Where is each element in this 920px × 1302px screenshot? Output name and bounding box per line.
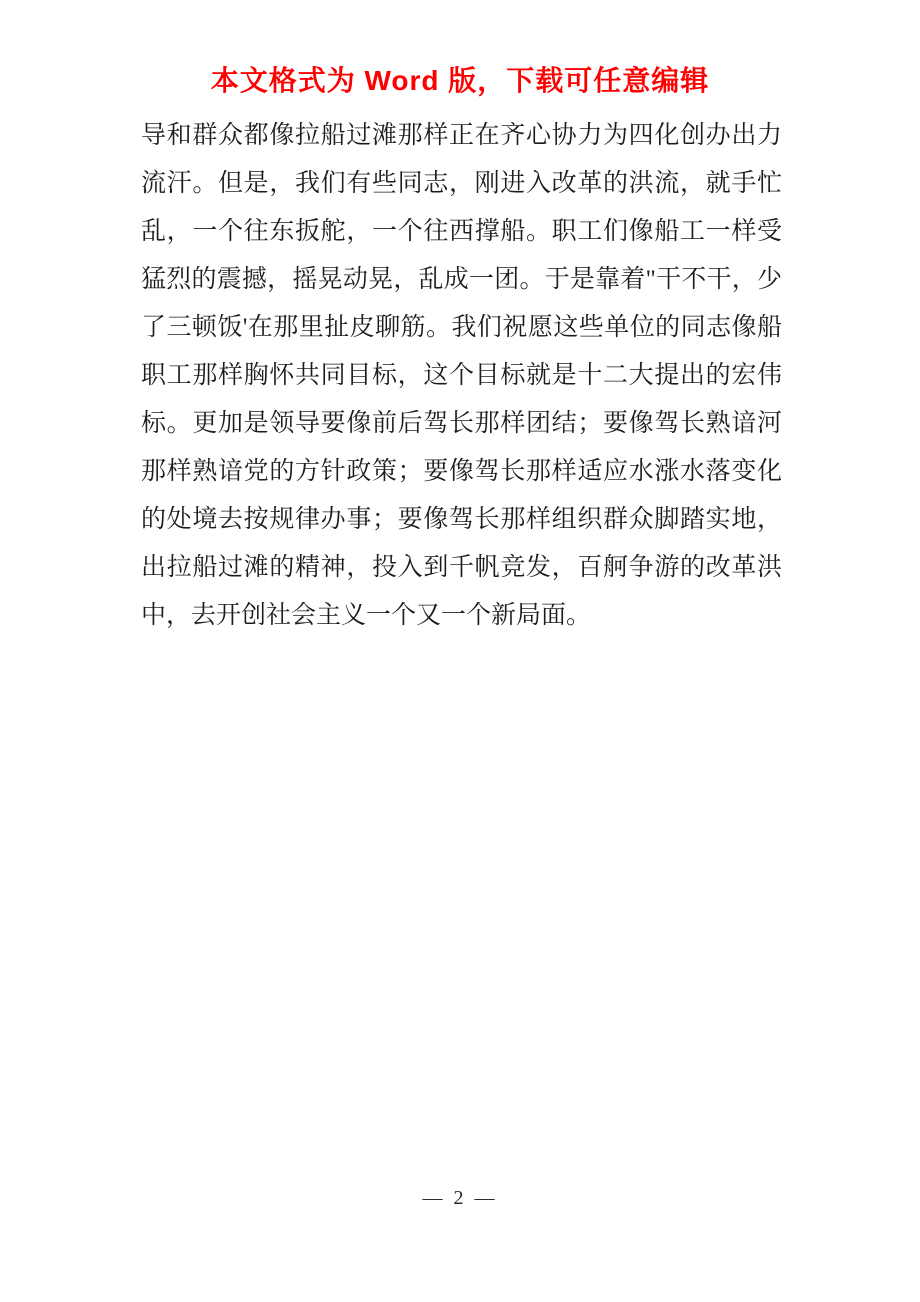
document-page: 本文格式为 Word 版，下载可任意编辑 导和群众都像拉船过滩那样正在齐心协力为… xyxy=(0,0,920,1302)
header-notice: 本文格式为 Word 版，下载可任意编辑 xyxy=(0,63,920,99)
paragraph-line: 流汗。但是，我们有些同志，刚进入改革的洪流，就手忙脚 xyxy=(141,160,782,208)
document-body: 导和群众都像拉船过滩那样正在齐心协力为四化创办出力 流汗。但是，我们有些同志，刚… xyxy=(141,112,782,640)
page-number: — 2 — xyxy=(423,1187,498,1209)
paragraph-line: 导和群众都像拉船过滩那样正在齐心协力为四化创办出力 xyxy=(141,112,782,160)
paragraph-line: 出拉船过滩的精神，投入到千帆竞发，百舸争游的改革洪流 xyxy=(141,544,782,592)
paragraph-line: 的处境去按规律办事；要像驾长那样组织群众脚踏实地，拿 xyxy=(141,496,782,544)
paragraph-line: 那样熟谙党的方针政策；要像驾长那样适应水涨水落变化了 xyxy=(141,448,782,496)
paragraph-line: 猛烈的震撼，摇晃动晃，乱成一团。于是靠着"干不干，少不 xyxy=(141,256,782,304)
paragraph-line: 中，去开创社会主义一个又一个新局面。 xyxy=(141,592,782,640)
paragraph-line: 了三顿饭'在那里扯皮聊筋。我们祝愿这些单位的同志像船上 xyxy=(141,304,782,352)
paragraph-line: 乱，一个往东扳舵，一个往西撑船。职工们像船工一样受到 xyxy=(141,208,782,256)
paragraph-line: 职工那样胸怀共同目标，这个目标就是十二大提出的宏伟目 xyxy=(141,352,782,400)
paragraph-line: 标。更加是领导要像前后驾长那样团结；要像驾长熟谙河道 xyxy=(141,400,782,448)
page-footer: — 2 — xyxy=(0,1184,920,1212)
